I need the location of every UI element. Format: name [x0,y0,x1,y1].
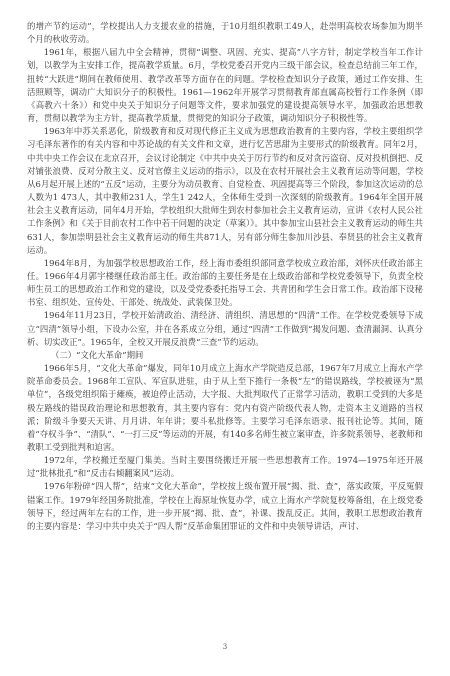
page-number: 3 [0,643,450,651]
paragraph-1964-four-cleanups: 1964年11月23日，学校开始清政治、清经济、清组织、清思想的“四清”工作。在… [27,309,423,348]
document-page: 的增产节约运动”，学校提出人力支援农业的措施，于10月组织教职工49人，赴崇明高… [27,20,423,533]
paragraph-1964-political-department: 1964年8月，为加强学校思想政治工作，经上海市委组织部同意学校成立政治部，刘怀… [27,257,423,310]
paragraph-1: 的增产节约运动”，学校提出人力支援农业的措施，于10月组织教职工49人，赴崇明高… [27,20,423,46]
paragraph-1966: 1966年5月，“文化大革命”爆发，同年10月成立上海水产学院造反总部，1967… [27,362,423,454]
paragraph-1972: 1972年，学校搬迁至厦门集美。当时主要围绕搬迁开展一些思想教育工作。1974—… [27,454,423,480]
paragraph-1961: 1961年，根据八届九中全会精神，贯彻“调整、巩固、充实、提高”八字方针，制定学… [27,46,423,125]
paragraph-1963: 1963年中苏关系恶化，阶级教育和反对现代修正主义成为思想政治教育的主要内容，学… [27,125,423,257]
paragraph-1976: 1976年粉碎“四人帮”，结束“文化大革命”，学校按上级布置开展“揭、批、查”，… [27,480,423,533]
section-heading: （二）“文化大革命”期间 [27,349,423,362]
